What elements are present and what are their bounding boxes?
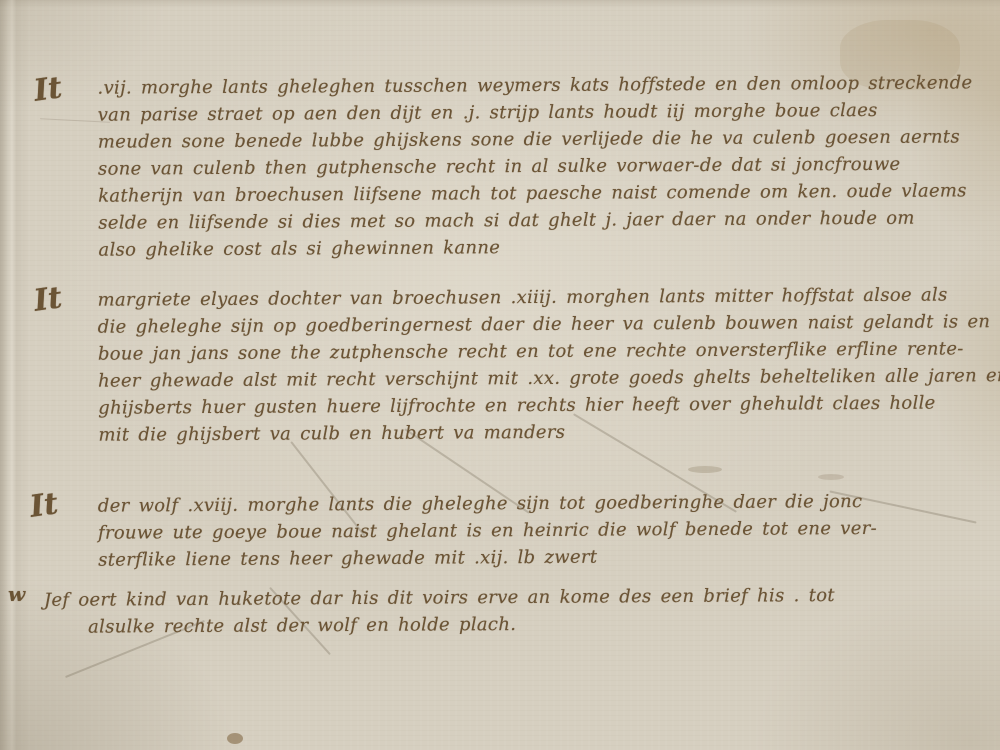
manuscript-entry-2: margriete elyaes dochter van broechusen … xyxy=(98,281,975,448)
text-line: ghijsberts huer gusten huere lijfrochte … xyxy=(98,389,974,421)
text-line: selde en liifsende si dies met so mach s… xyxy=(98,204,970,236)
text-line: frouwe ute goeye boue naist ghelant is e… xyxy=(98,514,974,546)
manuscript-page: It .vij. morghe lants gheleghen tusschen… xyxy=(0,0,1000,750)
ink-spot xyxy=(227,733,243,744)
item-mark: It xyxy=(28,486,60,525)
item-mark: It xyxy=(32,70,64,109)
faded-mark xyxy=(818,474,844,480)
margin-letter-w: w xyxy=(8,582,25,606)
manuscript-entry-4: Jef oert kind van huketote dar his dit v… xyxy=(44,581,974,641)
item-mark: It xyxy=(32,280,64,319)
text-line: mit die ghijsbert va culb en hubert va m… xyxy=(98,416,974,448)
text-line: also ghelike cost als si ghewinnen kanne xyxy=(98,231,970,263)
manuscript-entry-3: der wolf .xviij. morghe lants die gheleg… xyxy=(98,487,974,573)
text-line: sterflike liene tens heer ghewade mit .x… xyxy=(98,541,974,573)
manuscript-entry-1: .vij. morghe lants gheleghen tusschen we… xyxy=(97,69,970,263)
text-line: Jef oert kind van huketote dar his dit v… xyxy=(44,581,974,614)
faded-mark xyxy=(688,466,722,473)
text-line: alsulke rechte alst der wolf en holde pl… xyxy=(44,608,974,641)
